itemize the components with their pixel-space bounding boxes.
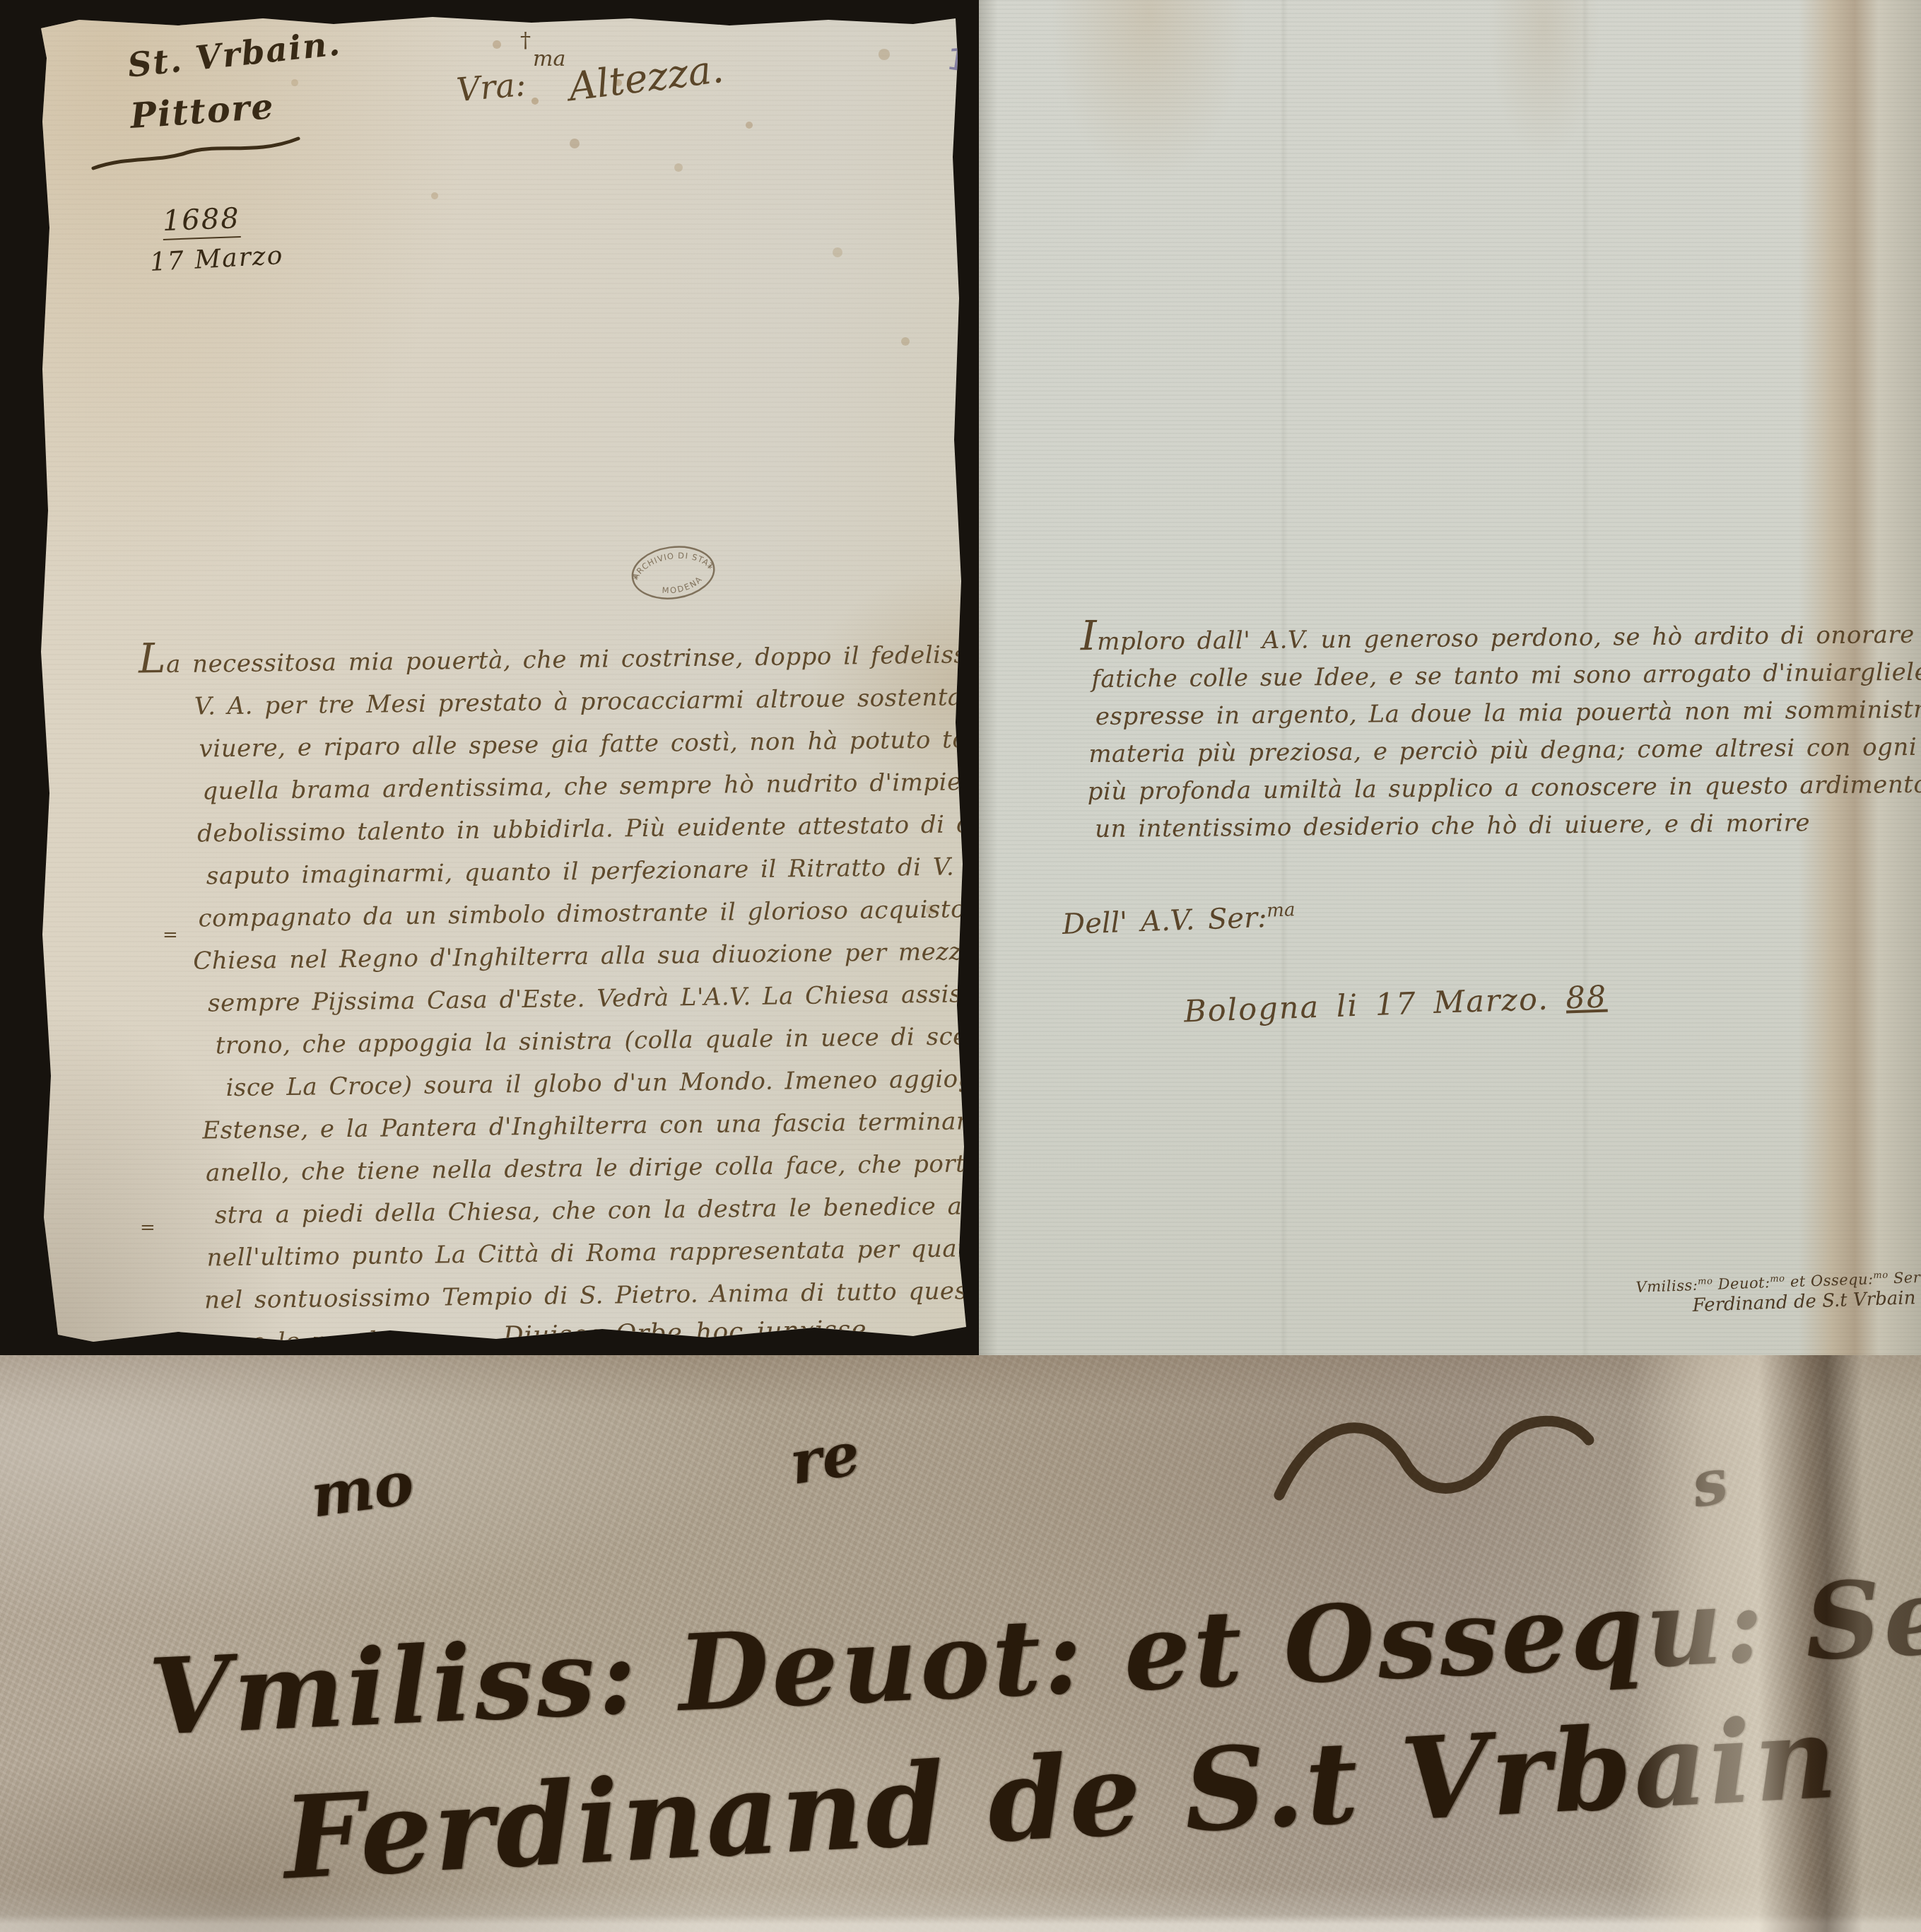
dateline-place-date: Bologna li 17 Marzo. xyxy=(1183,981,1549,1029)
archival-note-year: 1688 xyxy=(162,202,240,240)
dateline: Bologna li 17 Marzo. 88 xyxy=(1183,980,1608,1030)
sig-part: et Ossequ: xyxy=(1785,1270,1874,1290)
manuscript-scan: St. Vrbain. Pittore 1688 17 Marzo 1 † Vr… xyxy=(0,0,1921,1932)
closing-superscript: ma xyxy=(1267,899,1296,921)
sig-part: Deuot: xyxy=(1713,1274,1770,1293)
stamp-text-bottom: MODENA xyxy=(659,573,706,597)
archival-note-role: Pittore xyxy=(129,86,276,136)
page2-paper: Imploro dall' A.V. un generoso perdono, … xyxy=(979,0,1921,1355)
salutation-altezza: Altezza. xyxy=(566,46,726,110)
page1-paper: St. Vrbain. Pittore 1688 17 Marzo 1 † Vr… xyxy=(37,16,968,1345)
stamp-text-top: ARCHIVIO DI STATO xyxy=(616,529,717,585)
body-line: un intentissimo desiderio che hò di uiue… xyxy=(1095,804,1916,848)
svg-text:ARCHIVIO DI STATO: ARCHIVIO DI STATO xyxy=(616,529,717,585)
svg-text:MODENA: MODENA xyxy=(659,573,706,597)
dateline-year: 88 xyxy=(1565,980,1608,1017)
sig-sup: mo xyxy=(1698,1276,1713,1287)
sig-part: Vmiliss: xyxy=(1635,1277,1698,1296)
page1-photo: St. Vrbain. Pittore 1688 17 Marzo 1 † Vr… xyxy=(0,0,979,1355)
archival-note-date: 17 Marzo xyxy=(149,241,284,277)
signature-block: Vmiliss:mo Deuot:mo et Ossequ:mo Ser:re … xyxy=(1635,1269,1916,1318)
closing-formula: Dell' A.V. Ser:ma xyxy=(1062,899,1296,941)
archive-stamp: ARCHIVIO DI STATO MODENA * * xyxy=(616,529,732,621)
cross-mark-icon: † xyxy=(520,28,531,53)
closing-text: Dell' A.V. Ser: xyxy=(1062,901,1267,941)
page2-body-text: Imploro dall' A.V. un generoso perdono, … xyxy=(1081,610,1917,848)
salutation-vra: Vra: xyxy=(455,65,527,109)
archival-note-name: St. Vrbain. xyxy=(126,24,343,85)
page-number: 1 xyxy=(945,41,968,78)
sig-sup: mo xyxy=(1873,1270,1888,1281)
body-line: Imploro dall' A.V. un generoso perdono, … xyxy=(1081,610,1915,661)
sig-sup: mo xyxy=(1770,1274,1785,1285)
salutation: † Vra: ma Altezza. xyxy=(433,28,729,134)
signature-detail-photo: mo re s Vmiliss: Deuot: et Ossequ: Ser: … xyxy=(0,1355,1921,1932)
paraph-flourish xyxy=(1265,1389,1619,1538)
sig-part: Ser: xyxy=(1888,1269,1921,1287)
superscript-mo: mo xyxy=(307,1447,418,1530)
salutation-superscript: ma xyxy=(533,47,565,71)
superscript-re: re xyxy=(785,1418,864,1498)
page1-body-text: La necessitosa mia pouertà, che mi costr… xyxy=(139,626,1020,1364)
underline-flourish xyxy=(86,134,305,177)
foxing-spots xyxy=(37,16,41,20)
paper-fold xyxy=(1596,1355,1921,1932)
